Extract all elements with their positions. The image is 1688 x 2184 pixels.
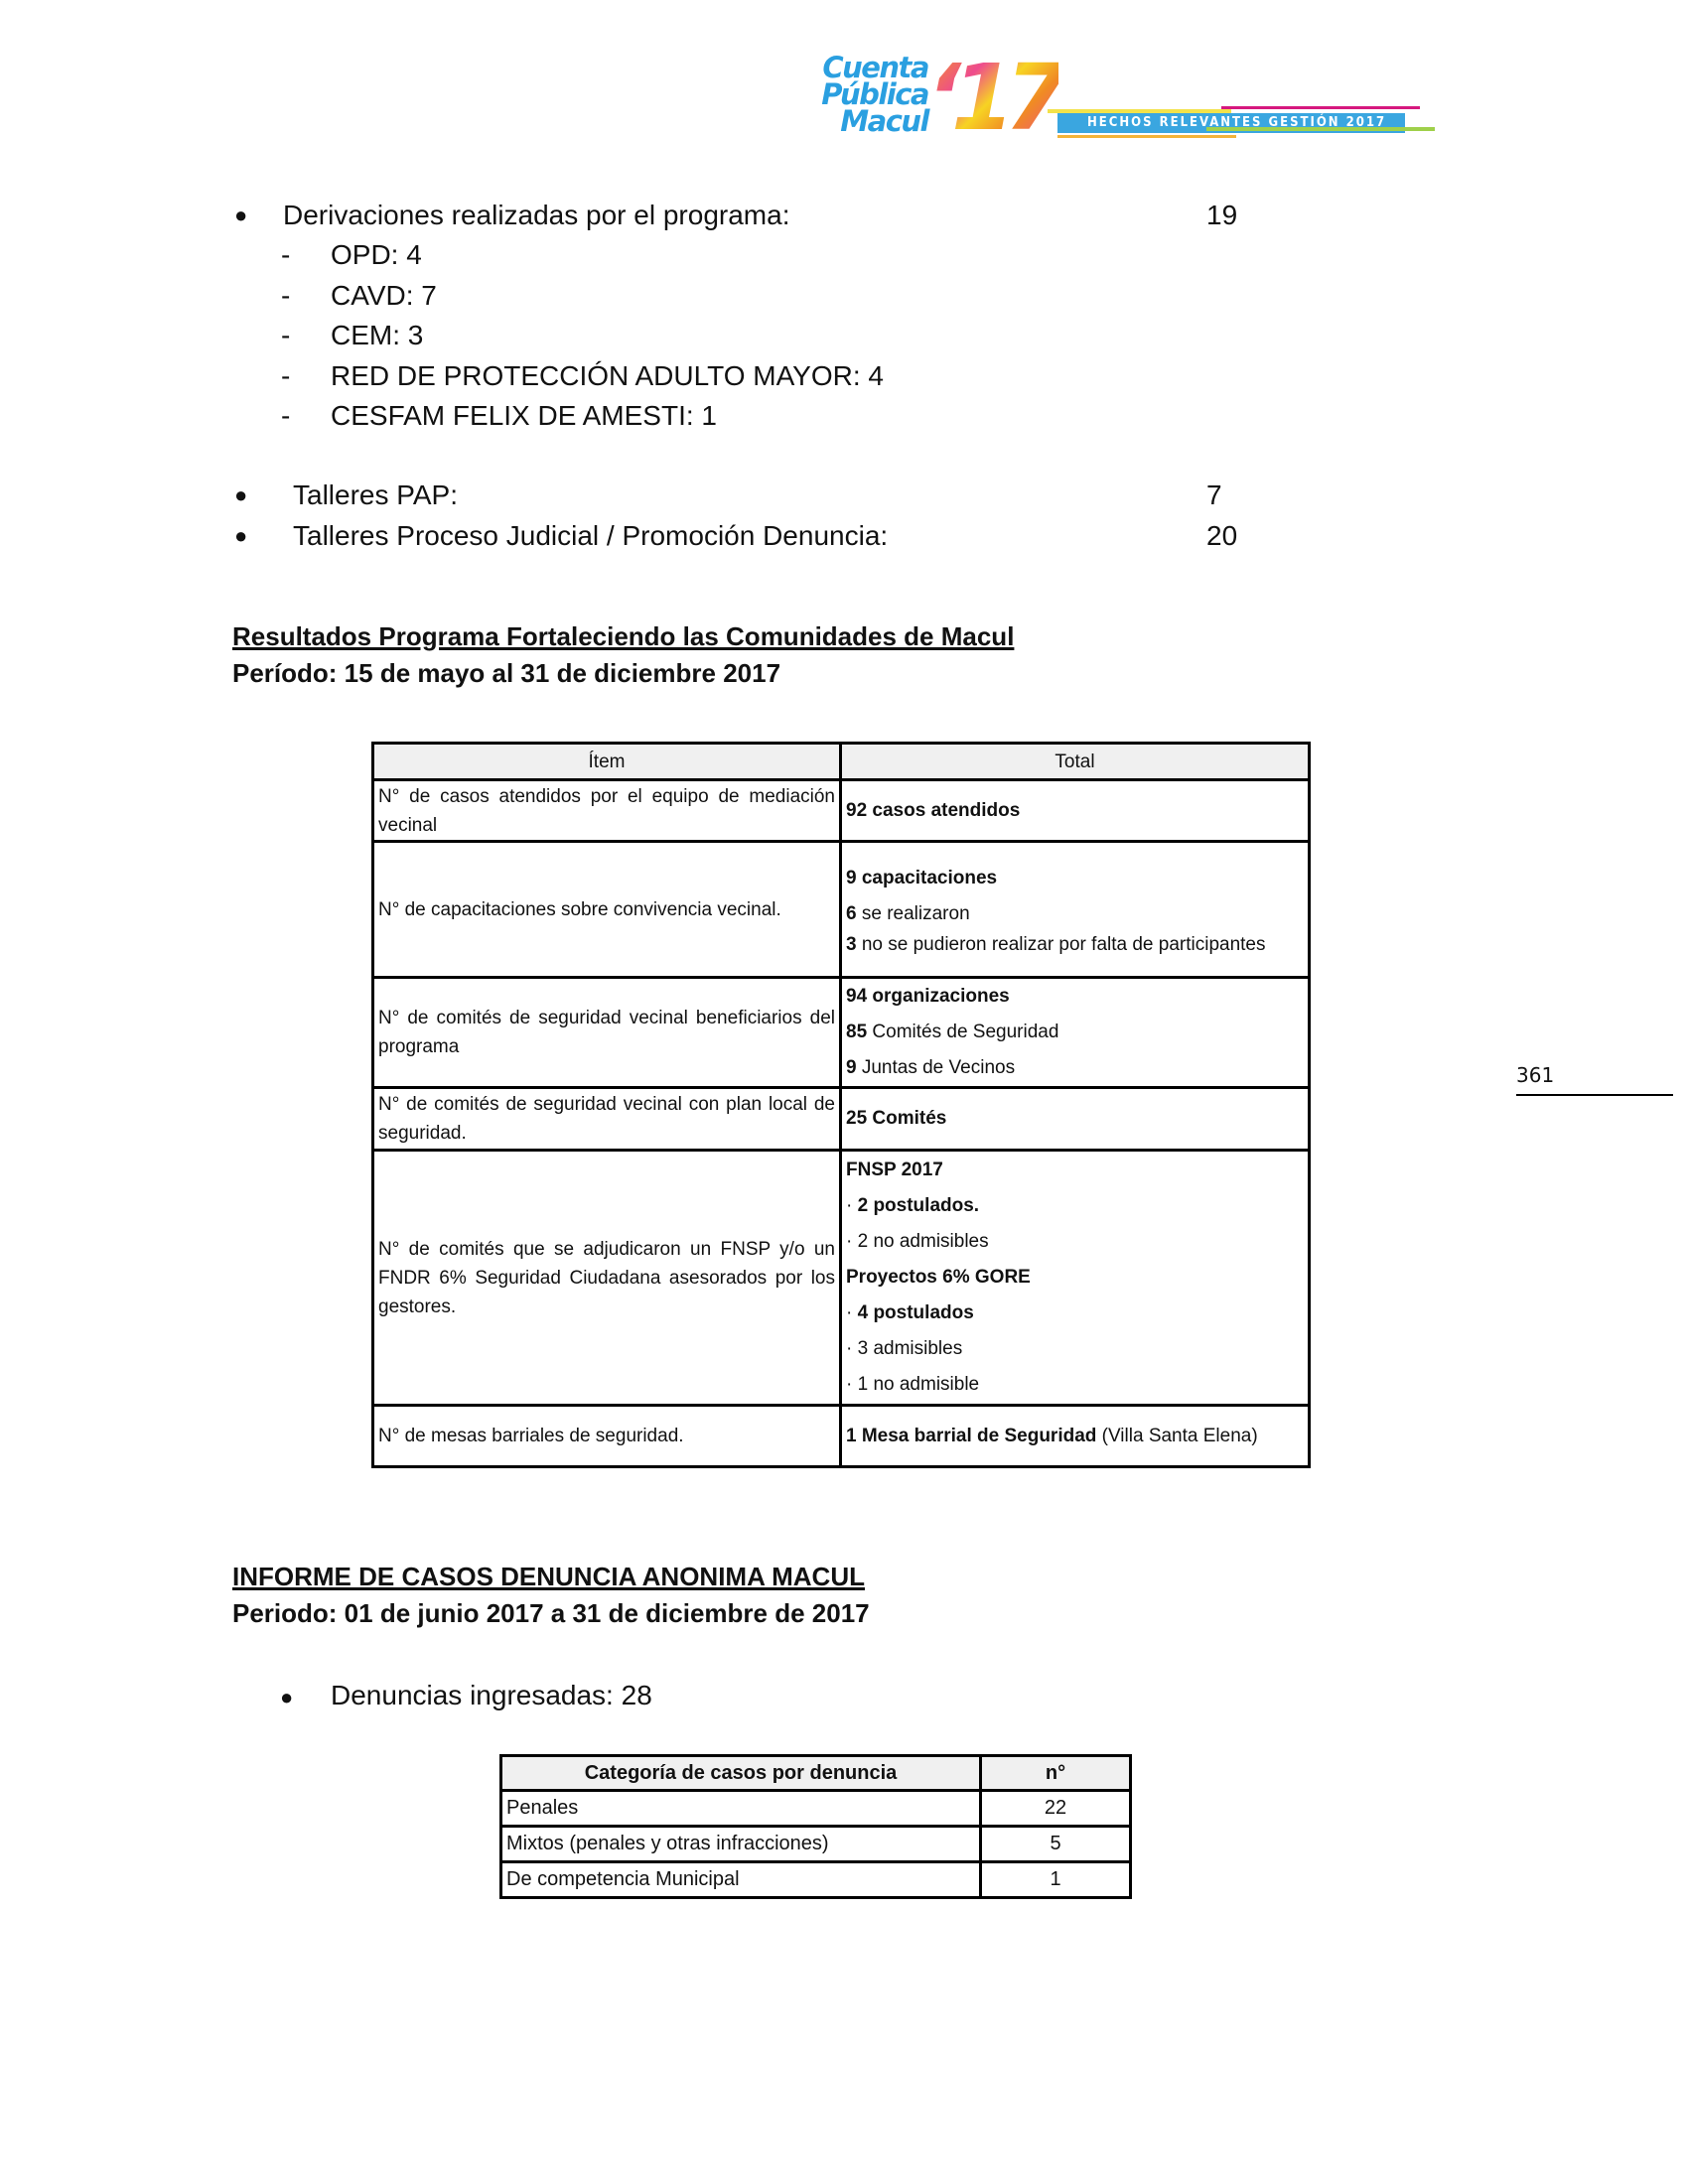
fortaleciendo-results-table: Ítem Total N° de casos atendidos por el … (371, 742, 1311, 1468)
total-line: 94 organizaciones (846, 979, 1304, 1015)
item-cell: N° de comités de seguridad vecinal benef… (373, 978, 841, 1088)
item-cell: N° de casos atendidos por el equipo de m… (373, 780, 841, 842)
category-cell: De competencia Municipal (501, 1862, 981, 1898)
total-line: 25 Comités (846, 1101, 1304, 1137)
total-text: no se pudieron realizar por falta de par… (857, 934, 1266, 955)
table-row: N° de comités que se adjudicaron un FNSP… (373, 1151, 1310, 1406)
category-cell: Mixtos (penales y otras infracciones) (501, 1827, 981, 1862)
logo-wordmark: Cuenta Pública Macul (779, 55, 928, 135)
dash-bullet-icon: - (281, 396, 290, 436)
total-bold: Proyectos 6% GORE (846, 1267, 1031, 1288)
total-line: 3 no se pudieron realizar por falta de p… (846, 932, 1304, 958)
total-bold: 3 (846, 934, 857, 955)
logo-year: ‘17 (926, 53, 1058, 144)
count-cell: 22 (981, 1791, 1131, 1827)
derivacion-item: RED DE PROTECCIÓN ADULTO MAYOR: 4 (331, 356, 884, 396)
banner-label: HECHOS RELEVANTES GESTIÓN 2017 (1087, 113, 1386, 133)
total-bold: 2 postulados. (858, 1195, 979, 1216)
total-line: 92 casos atendidos (846, 793, 1304, 829)
column-header-n: n° (981, 1756, 1131, 1791)
talleres-pap-label: Talleres PAP: (293, 476, 458, 515)
total-text: 1 no admisible (858, 1374, 980, 1395)
column-header-category: Categoría de casos por denuncia (501, 1756, 981, 1791)
table-row: N° de mesas barriales de seguridad.1 Mes… (373, 1406, 1310, 1467)
denuncia-category-table: Categoría de casos por denuncia n° Penal… (499, 1754, 1132, 1899)
table-row: De competencia Municipal1 (501, 1862, 1131, 1898)
category-cell: Penales (501, 1791, 981, 1827)
talleres-judicial-value: 20 (1206, 516, 1237, 556)
dash-bullet-icon: - (281, 276, 290, 316)
bullet-icon: ● (234, 476, 247, 515)
dot-bullet-icon: · (846, 1338, 858, 1359)
derivacion-item: CESFAM FELIX DE AMESTI: 1 (331, 396, 717, 436)
derivacion-item: CAVD: 7 (331, 276, 437, 316)
total-text: 2 no admisibles (858, 1231, 989, 1252)
count-cell: 1 (981, 1862, 1131, 1898)
dash-bullet-icon: - (281, 316, 290, 355)
table-row: N° de capacitaciones sobre convivencia v… (373, 842, 1310, 978)
derivacion-item: CEM: 3 (331, 316, 423, 355)
derivaciones-label: Derivaciones realizadas por el programa: (283, 196, 789, 235)
total-bold: 9 capacitaciones (846, 868, 997, 888)
item-cell: N° de comités de seguridad vecinal con p… (373, 1088, 841, 1151)
banner-stripe (1221, 106, 1420, 109)
bullet-icon: ● (234, 196, 247, 235)
dot-bullet-icon: · (846, 1231, 858, 1252)
total-line: 9 capacitaciones (846, 861, 1304, 896)
section2-title: INFORME DE CASOS DENUNCIA ANONIMA MACUL (232, 1559, 865, 1594)
count-cell: 5 (981, 1827, 1131, 1862)
total-line: · 2 no admisibles (846, 1224, 1304, 1260)
total-line: 1 Mesa barrial de Seguridad (Villa Santa… (846, 1419, 1304, 1454)
section1-title: Resultados Programa Fortaleciendo las Co… (232, 618, 1014, 654)
total-text: Comités de Seguridad (867, 1022, 1058, 1042)
total-bold: 92 casos atendidos (846, 800, 1020, 821)
talleres-pap-value: 7 (1206, 476, 1222, 515)
item-cell: N° de mesas barriales de seguridad. (373, 1406, 841, 1467)
dash-bullet-icon: - (281, 235, 290, 275)
dot-bullet-icon: · (846, 1374, 858, 1395)
total-text: Juntas de Vecinos (857, 1057, 1016, 1078)
total-text: se realizaron (857, 903, 970, 924)
logo-line: Macul (779, 108, 928, 135)
table-row: N° de comités de seguridad vecinal con p… (373, 1088, 1310, 1151)
total-line: · 1 no admisible (846, 1367, 1304, 1403)
total-line: · 2 postulados. (846, 1188, 1304, 1224)
total-text: 3 admisibles (858, 1338, 963, 1359)
total-cell: 25 Comités (841, 1088, 1310, 1151)
header-banner: HECHOS RELEVANTES GESTIÓN 2017 (1048, 99, 1435, 141)
item-cell: N° de comités que se adjudicaron un FNSP… (373, 1151, 841, 1406)
derivacion-item: OPD: 4 (331, 235, 422, 275)
total-line: 85 Comités de Seguridad (846, 1015, 1304, 1050)
dot-bullet-icon: · (846, 1302, 858, 1323)
denuncias-ingresadas: Denuncias ingresadas: 28 (331, 1676, 652, 1715)
bullet-icon: ● (280, 1678, 293, 1717)
total-bold: 85 (846, 1022, 867, 1042)
total-bold: FNSP 2017 (846, 1160, 943, 1180)
total-cell: FNSP 2017· 2 postulados.· 2 no admisible… (841, 1151, 1310, 1406)
total-line: · 4 postulados (846, 1296, 1304, 1331)
dot-bullet-icon: · (846, 1195, 858, 1216)
cuenta-publica-logo: Cuenta Pública Macul ‘17 (779, 55, 1038, 144)
column-header-item: Ítem (373, 744, 841, 780)
column-header-total: Total (841, 744, 1310, 780)
page-number: 361 (1516, 1060, 1673, 1096)
total-cell: 92 casos atendidos (841, 780, 1310, 842)
total-bold: 6 (846, 903, 857, 924)
total-bold: 94 organizaciones (846, 986, 1010, 1007)
table-row: N° de comités de seguridad vecinal benef… (373, 978, 1310, 1088)
bullet-icon: ● (234, 516, 247, 556)
section2-period: Periodo: 01 de junio 2017 a 31 de diciem… (232, 1595, 870, 1631)
total-bold: 25 Comités (846, 1108, 946, 1129)
total-line: · 3 admisibles (846, 1331, 1304, 1367)
total-bold: 4 postulados (858, 1302, 974, 1323)
table-row: Mixtos (penales y otras infracciones)5 (501, 1827, 1131, 1862)
total-line: FNSP 2017 (846, 1153, 1304, 1188)
section1-period: Período: 15 de mayo al 31 de diciembre 2… (232, 655, 780, 691)
item-cell: N° de capacitaciones sobre convivencia v… (373, 842, 841, 978)
total-cell: 9 capacitaciones6 se realizaron3 no se p… (841, 842, 1310, 978)
total-bold: 9 (846, 1057, 857, 1078)
total-line: Proyectos 6% GORE (846, 1260, 1304, 1296)
table-header-row: Categoría de casos por denuncia n° (501, 1756, 1131, 1791)
total-bold: 1 Mesa barrial de Seguridad (846, 1426, 1096, 1446)
dash-bullet-icon: - (281, 356, 290, 396)
total-line: 9 Juntas de Vecinos (846, 1050, 1304, 1086)
table-row: N° de casos atendidos por el equipo de m… (373, 780, 1310, 842)
derivaciones-total: 19 (1206, 196, 1237, 235)
banner-stripe (1057, 135, 1236, 138)
total-cell: 94 organizaciones85 Comités de Seguridad… (841, 978, 1310, 1088)
total-cell: 1 Mesa barrial de Seguridad (Villa Santa… (841, 1406, 1310, 1467)
talleres-judicial-label: Talleres Proceso Judicial / Promoción De… (293, 516, 888, 556)
table-row: Penales22 (501, 1791, 1131, 1827)
total-line: 6 se realizaron (846, 896, 1304, 932)
total-text: (Villa Santa Elena) (1096, 1426, 1257, 1446)
table-header-row: Ítem Total (373, 744, 1310, 780)
